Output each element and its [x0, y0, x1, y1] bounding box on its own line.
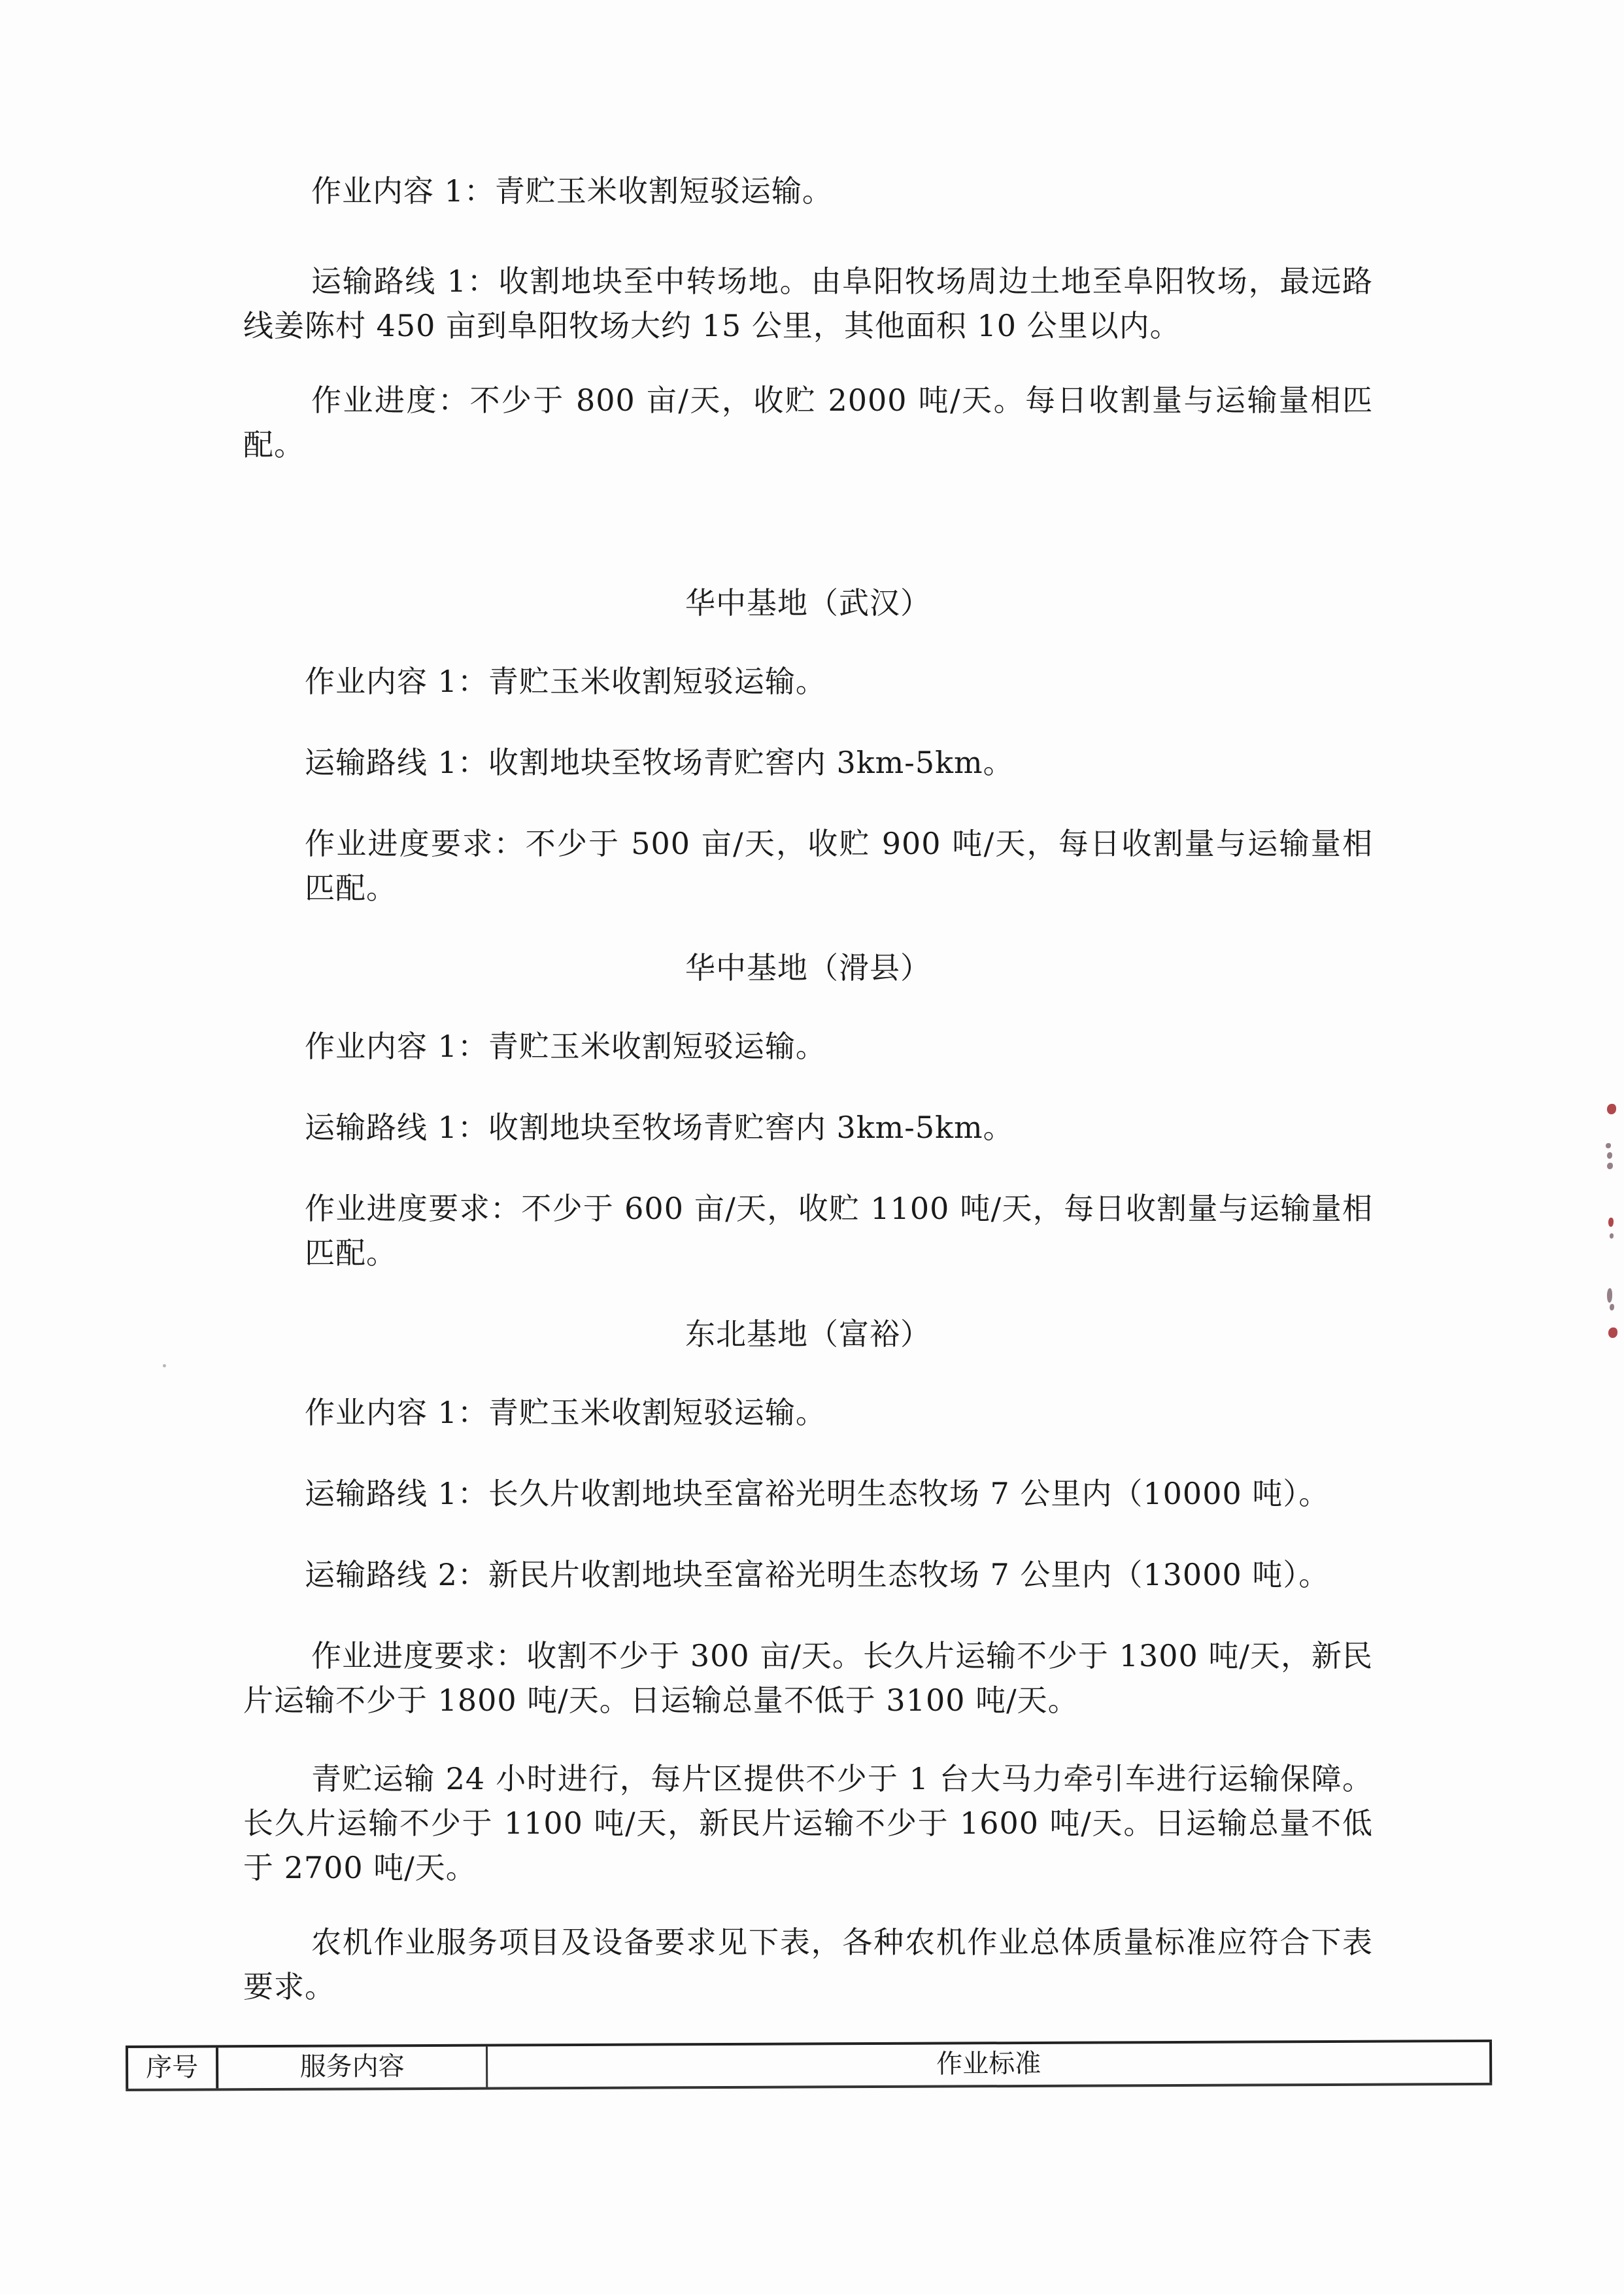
table-header-service: 服务内容 — [218, 2047, 488, 2089]
fuyu-transport-note: 青贮运输 24 小时进行，每片区提供不少于 1 台大马力牵引车进行运输保障。长久… — [243, 1756, 1373, 1890]
table-header-standard: 作业标准 — [488, 2042, 1492, 2087]
document-page: 作业内容 1：青贮玉米收割短驳运输。 运输路线 1：收割地块至中转场地。由阜阳牧… — [0, 0, 1624, 2294]
fuyu-work-content: 作业内容 1：青贮玉米收割短驳运输。 — [305, 1390, 1373, 1435]
fuyu-transport-route-2: 运输路线 2：新民片收割地块至富裕光明生态牧场 7 公里内（13000 吨）。 — [305, 1552, 1373, 1597]
table-intro: 农机作业服务项目及设备要求见下表，各种农机作业总体质量标准应符合下表要求。 — [243, 1920, 1373, 2009]
table-header-index: 序号 — [126, 2047, 218, 2089]
huaxian-work-content: 作业内容 1：青贮玉米收割短驳运输。 — [305, 1024, 1373, 1069]
fuyu-transport-route-1: 运输路线 1：长久片收割地块至富裕光明生态牧场 7 公里内（10000 吨）。 — [305, 1471, 1373, 1516]
intro-work-progress: 作业进度：不少于 800 亩/天，收贮 2000 吨/天。每日收割量与运输量相匹… — [243, 378, 1373, 467]
section-heading-fuyu: 东北基地（富裕） — [243, 1312, 1373, 1356]
huaxian-work-progress: 作业进度要求：不少于 600 亩/天，收贮 1100 吨/天，每日收割量与运输量… — [305, 1186, 1373, 1275]
huaxian-transport-route: 运输路线 1：收割地块至牧场青贮窖内 3km-5km。 — [305, 1105, 1373, 1150]
wuhan-work-progress: 作业进度要求：不少于 500 亩/天，收贮 900 吨/天，每日收割量与运输量相… — [305, 821, 1373, 910]
service-standards-table: 序号 服务内容 作业标准 — [126, 2040, 1492, 2091]
scan-speck — [163, 1364, 166, 1367]
section-heading-wuhan: 华中基地（武汉） — [243, 581, 1373, 625]
intro-transport-route: 运输路线 1：收割地块至中转场地。由阜阳牧场周边土地至阜阳牧场，最远路线姜陈村 … — [243, 259, 1373, 348]
intro-work-content: 作业内容 1：青贮玉米收割短驳运输。 — [243, 169, 1373, 213]
section-heading-huaxian: 华中基地（滑县） — [243, 946, 1373, 990]
wuhan-transport-route: 运输路线 1：收割地块至牧场青贮窖内 3km-5km。 — [305, 740, 1373, 785]
fuyu-work-progress: 作业进度要求：收割不少于 300 亩/天。长久片运输不少于 1300 吨/天，新… — [243, 1634, 1373, 1722]
wuhan-work-content: 作业内容 1：青贮玉米收割短驳运输。 — [305, 659, 1373, 704]
